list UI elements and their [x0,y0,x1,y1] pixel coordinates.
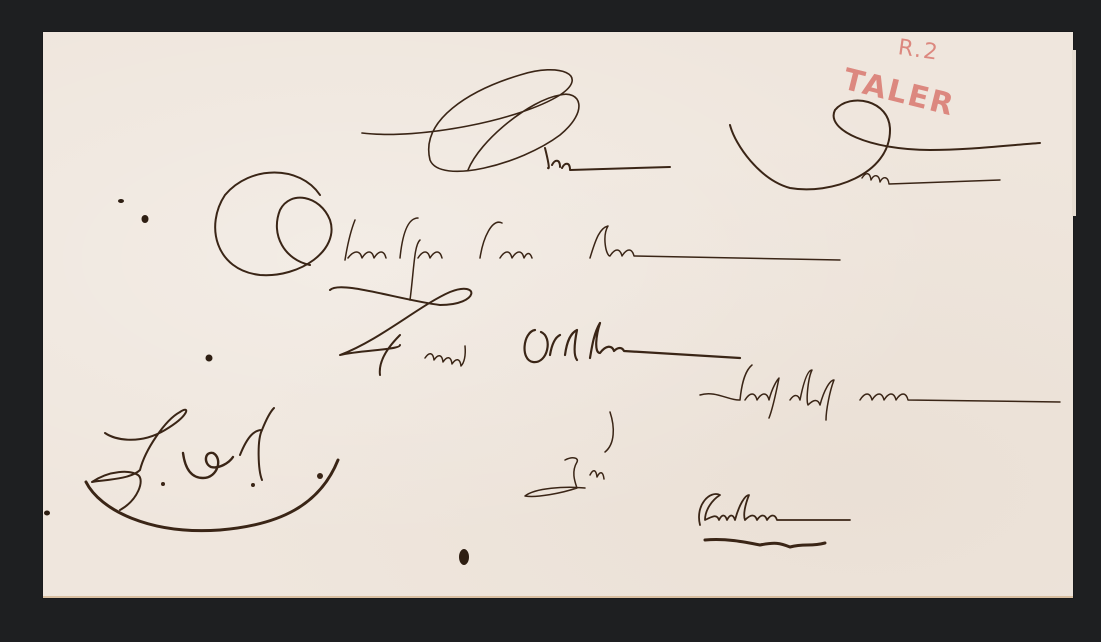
paper-bottom-edge [43,596,1073,598]
letter-cover [43,32,1073,598]
folded-flap-edge [1072,50,1076,216]
